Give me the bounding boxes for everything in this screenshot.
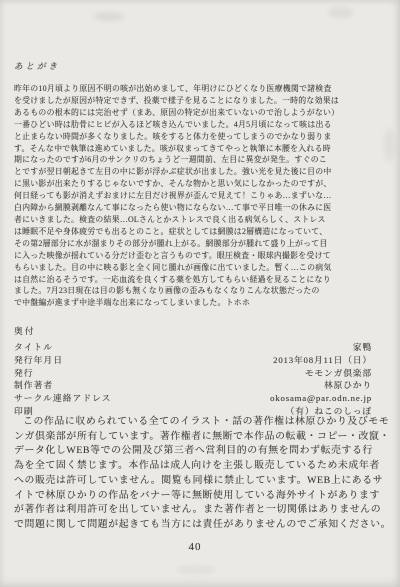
colophon-row: 制作著者林原ひかり	[14, 379, 372, 392]
afterword-line: と止まらない時間が多くなりました。咳をすると体力を使ってしまうのでかなり弱りま	[14, 131, 388, 143]
scan-smudge	[176, 566, 216, 574]
afterword-heading: あとがき	[14, 60, 60, 72]
disclaimer-line: で問題に関して問題が起きても当方には責任がありませんのでご承知ください。	[14, 518, 388, 533]
afterword-body: 昨年の10月頃より原因不明の咳が出始めまして、年明けにひどくなり医療機関で諸検査…	[14, 83, 388, 309]
disclaimer-line: 為を全て固く禁じます。本作品は成人向けを主張し販売しているため未成年者	[14, 459, 388, 474]
colophon-row-value: 林原ひかり	[324, 379, 372, 392]
afterword-line: 期になったのですが6月のサンクリのちょうど一週間前、左目に異変が発生。すぐのこ	[14, 154, 388, 166]
disclaimer-line: への販売は許可していません。閲覧も同様に禁止しています。WEB上にあるサ	[14, 474, 388, 489]
afterword-line: ました。7月23日現在は目の影も無くなり画像の歪みもなくなりこんな状態だったの	[14, 285, 388, 297]
colophon-rows: タイトル家鴨発行年月日2013年08月11日（日）発行モモンガ倶楽部制作著者林原…	[14, 341, 372, 418]
afterword-line: で中盤編が進まず中途半端な出来になってしまいました。トホホ	[14, 297, 388, 309]
disclaimer-line: データ化しWEB等での公開及び第三者へ営利目的の有無を問わず転売する行	[14, 444, 388, 459]
colophon-row-label: 発行	[14, 367, 34, 380]
afterword-line: 昨年の10月頃より原因不明の咳が出始めまして、年明けにひどくなり医療機関で諸検査	[14, 83, 388, 95]
afterword-line: は自然に治るそうです。一応血流を良くする薬を処方してもらい経過を見ることになり	[14, 274, 388, 286]
afterword-line: もらいました。目の中に映る影と全く同じ腫れが画像に出ていました。暫く…この病気	[14, 262, 388, 274]
colophon-row: 発行年月日2013年08月11日（日）	[14, 354, 372, 367]
colophon-row: サークル連絡アドレスokosama@par.odn.ne.jp	[14, 392, 372, 405]
colophon-row-label: タイトル	[14, 341, 53, 354]
scanned-afterword-page: あとがき 昨年の10月頃より原因不明の咳が出始めまして、年明けにひどくなり医療機…	[0, 0, 400, 587]
afterword-line: 者にいきました。検査の結果…OLさんとかストレスで良く出る病気らしく、ストレス	[14, 214, 388, 226]
afterword-line: に黒い影が出来たりするじゃないですか、そんな物かと思い気にしなかったのですが、	[14, 178, 388, 190]
colophon-row-value: 2013年08月11日（日）	[273, 354, 372, 367]
colophon-row: タイトル家鴨	[14, 341, 372, 354]
colophon-heading: 奥付	[14, 324, 372, 337]
scan-smudge	[328, 7, 354, 18]
afterword-line: す。そんな中で執筆は進めていました。咳が収まってきてやっと執筆に本腰を入れる時	[14, 143, 388, 155]
afterword-line: その第2層部分に水が溜まりその部分が腫れ上がる。網膜部分が腫れて盛り上がって目	[14, 238, 388, 250]
disclaimer-line: この作品に収められている全てのイラスト・話の著作権は林原ひかり及びモモ	[14, 415, 388, 430]
afterword-line: あるものの根本的には完治せず（まあ、原因の特定が出来ていないので治しようがない）	[14, 107, 388, 119]
afterword-line: とですが翌日朝起きて左目の中に影が浮かぶ症状が出ました。強い光を見た後に目の中	[14, 166, 388, 178]
afterword-line: に入った映像が揺れている分だけ歪むと言うものです。眼圧検査・眼球内撮影を受けて	[14, 250, 388, 262]
colophon: 奥付 タイトル家鴨発行年月日2013年08月11日（日）発行モモンガ倶楽部制作著…	[14, 324, 372, 418]
afterword-line: を受けましたが原因が特定できず、投薬で様子を見ることになりました。一時的な効果は	[14, 95, 388, 107]
disclaimer-line: が著作者は利用許可を出していません。また著作者と一切関係はありませんの	[14, 503, 388, 518]
scan-smudge	[94, 12, 124, 21]
colophon-row-value: okosama@par.odn.ne.jp	[270, 392, 372, 405]
afterword-line: 一番ひどい時は肋骨にヒビが入るほど咳き込んでいました。4月5月頃になって咳は出る	[14, 119, 388, 131]
colophon-row-value: モモンガ倶楽部	[305, 367, 372, 380]
afterword-line: 何日経っても影が消えずおまけに左目だけ視界が歪んで見えて！こりゃあ…まずいな…	[14, 190, 388, 202]
copyright-disclaimer: この作品に収められている全てのイラスト・話の著作権は林原ひかり及びモモンガ倶楽部…	[14, 415, 388, 533]
colophon-row-label: 制作著者	[14, 379, 53, 392]
disclaimer-line: ンガ倶楽部が所有しています。著作権者に無断で本作品の転載・コピー・改竄・	[14, 430, 388, 445]
colophon-row-label: 発行年月日	[14, 354, 63, 367]
colophon-row: 発行モモンガ倶楽部	[14, 367, 372, 380]
disclaimer-line: イトで林原ひかりの作品をバナー等に無断使用している海外サイトがあります	[14, 489, 388, 504]
colophon-row-value: 家鴨	[353, 341, 372, 354]
colophon-row-label: サークル連絡アドレス	[14, 392, 111, 405]
afterword-line: は睡眠不足や身体疲労でも出るとのこと。症状としては網膜は2層構造になっていて、	[14, 226, 388, 238]
afterword-line: 白内障から網膜剥離なんて事になったら使い物にならない…て事で平日唯一の休みに医	[14, 202, 388, 214]
page-number: 40	[0, 541, 390, 553]
